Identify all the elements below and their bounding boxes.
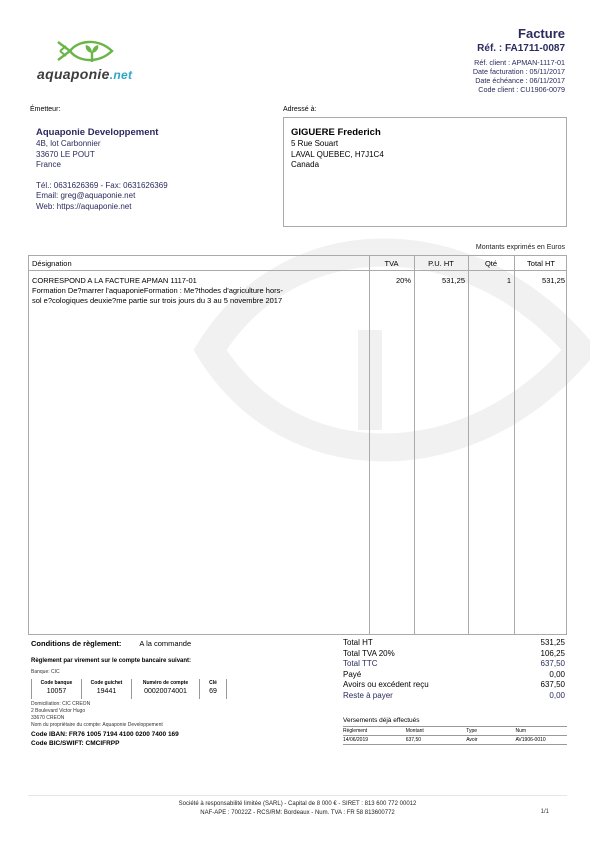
- payments-table: Règlement Montant Type Num 14/06/2019 63…: [343, 726, 567, 745]
- total-row: Reste à payer0,00: [343, 691, 565, 702]
- recipient-name: GIGUERE Frederich: [291, 127, 559, 139]
- logo-text: aquaponie.net: [37, 66, 132, 82]
- bank-code-label: Code banque: [37, 679, 76, 687]
- sender-email: Email: greg@aquaponie.net: [36, 191, 275, 202]
- sender-address2: 33670 LE POUT: [36, 150, 275, 161]
- recipient-address-box: GIGUERE Frederich 5 Rue Souart LAVAL QUE…: [283, 117, 567, 227]
- sender-phone: Tél.: 0631626369 - Fax: 0631626369: [36, 181, 275, 192]
- client-code: Code client : CU1906-0079: [473, 85, 565, 94]
- sender-block: Émetteur: Aquaponie Developpement 4B, lo…: [30, 106, 275, 212]
- invoice-reference: Réf. : FA1711-0087: [473, 42, 565, 55]
- header-tva: TVA: [369, 259, 414, 268]
- payments-block: Versements déjà effectués Règlement Mont…: [343, 717, 567, 745]
- footer-line1: Société à responsabilité limitée (SARL) …: [0, 800, 595, 809]
- total-row: Payé0,00: [343, 670, 565, 681]
- key-value: 69: [205, 687, 221, 697]
- total-row: Total TTC637,50: [343, 659, 565, 670]
- bank-details-table: Code banque10057 Code guichet19441 Numér…: [31, 679, 227, 699]
- bic-code: Code BIC/SWIFT: CMCIFRPP: [31, 739, 179, 748]
- header-designation: Désignation: [32, 259, 72, 268]
- bank-name: Banque: CIC: [31, 669, 60, 675]
- key-label: Clé: [205, 679, 221, 687]
- recipient-block: Adressé à: GIGUERE Frederich 5 Rue Souar…: [283, 106, 567, 227]
- total-row: Total TVA 20%106,25: [343, 649, 565, 660]
- bank-domiciliation: Domiciliation: CIC CREON 2 Boulevard Vic…: [31, 701, 163, 729]
- currency-note: Montants exprimés en Euros: [476, 244, 565, 251]
- iban-code: Code IBAN: FR76 1005 7194 4100 0200 7400…: [31, 730, 179, 739]
- payment-conditions: Conditions de règlement:A la commande: [31, 639, 191, 648]
- row-designation-line2: Formation De?marrer l'aquaponieFormation…: [32, 286, 366, 296]
- account-number-label: Numéro de compte: [137, 679, 194, 687]
- sender-country: France: [36, 160, 275, 171]
- sender-name: Aquaponie Developpement: [36, 127, 275, 139]
- payment-row: 14/06/2019 637,50 Avoir AV1906-0010: [343, 736, 567, 745]
- header-total-ht: Total HT: [514, 259, 568, 268]
- bank-address1: 2 Boulevard Victor Hugo: [31, 708, 163, 715]
- conditions-label: Conditions de règlement:: [31, 639, 121, 648]
- sender-web: Web: https://aquaponie.net: [36, 202, 275, 213]
- row-designation-title: CORRESPOND A LA FACTURE APMAN 1117-01: [32, 276, 366, 286]
- recipient-address2: LAVAL QUEBEC, H7J1C4: [291, 150, 559, 161]
- sender-label: Émetteur:: [30, 106, 275, 113]
- payments-header: Montant: [406, 727, 466, 736]
- footer-divider: [28, 795, 567, 796]
- branch-code-label: Code guichet: [87, 679, 126, 687]
- recipient-address1: 5 Rue Souart: [291, 139, 559, 150]
- payments-title: Versements déjà effectués: [343, 717, 567, 724]
- total-row: Total HT531,25: [343, 638, 565, 649]
- iban-block: Code IBAN: FR76 1005 7194 4100 0200 7400…: [31, 730, 179, 748]
- recipient-country: Canada: [291, 160, 559, 171]
- due-date: Date échéance : 06/11/2017: [473, 76, 565, 85]
- bank-code-value: 10057: [37, 687, 76, 697]
- legal-footer: Société à responsabilité limitée (SARL) …: [0, 800, 595, 818]
- totals-block: Total HT531,25 Total TVA 20%106,25 Total…: [343, 638, 565, 701]
- domiciliation-text: Domiciliation: CIC CREON: [31, 701, 163, 708]
- branch-code-value: 19441: [87, 687, 126, 697]
- table-row: CORRESPOND A LA FACTURE APMAN 1117-01 Fo…: [32, 276, 366, 306]
- invoice-date: Date facturation : 05/11/2017: [473, 67, 565, 76]
- bank-address2: 33670 CREON: [31, 715, 163, 722]
- header-qty: Qté: [468, 259, 514, 268]
- invoice-header: Facture Réf. : FA1711-0087 Réf. client :…: [473, 26, 565, 94]
- fish-logo-icon: [56, 36, 116, 66]
- invoice-lines-table: Désignation TVA P.U. HT Qté Total HT COR…: [28, 255, 567, 635]
- transfer-title: Règlement par virement sur le compte ban…: [31, 658, 191, 664]
- document-title: Facture: [473, 26, 565, 41]
- conditions-value: A la commande: [139, 639, 191, 648]
- row-tva: 20%: [369, 276, 411, 286]
- company-logo: aquaponie.net: [36, 36, 136, 86]
- account-number-value: 00020074001: [137, 687, 194, 697]
- footer-line2: NAF-APE : 70022Z - RCS/RM: Bordeaux - Nu…: [0, 809, 595, 818]
- row-pu-ht: 531,25: [414, 276, 465, 286]
- payments-header: Type: [466, 727, 515, 736]
- sender-address1: 4B, lot Carbonnier: [36, 139, 275, 150]
- row-qty: 1: [468, 276, 511, 286]
- client-reference: Réf. client : APMAN-1117-01: [473, 58, 565, 67]
- header-pu-ht: P.U. HT: [414, 259, 468, 268]
- row-total-ht: 531,25: [514, 276, 565, 286]
- recipient-label: Adressé à:: [283, 106, 567, 113]
- payments-header: Règlement: [343, 727, 406, 736]
- payments-header: Num: [515, 727, 567, 736]
- account-owner: Nom du propriétaire du compte: Aquaponie…: [31, 722, 163, 729]
- page-number: 1/1: [541, 809, 549, 815]
- total-row: Avoirs ou excédent reçu637,50: [343, 680, 565, 691]
- row-designation-line3: sol e?cologiques deuxie?me partie sur tr…: [32, 296, 366, 306]
